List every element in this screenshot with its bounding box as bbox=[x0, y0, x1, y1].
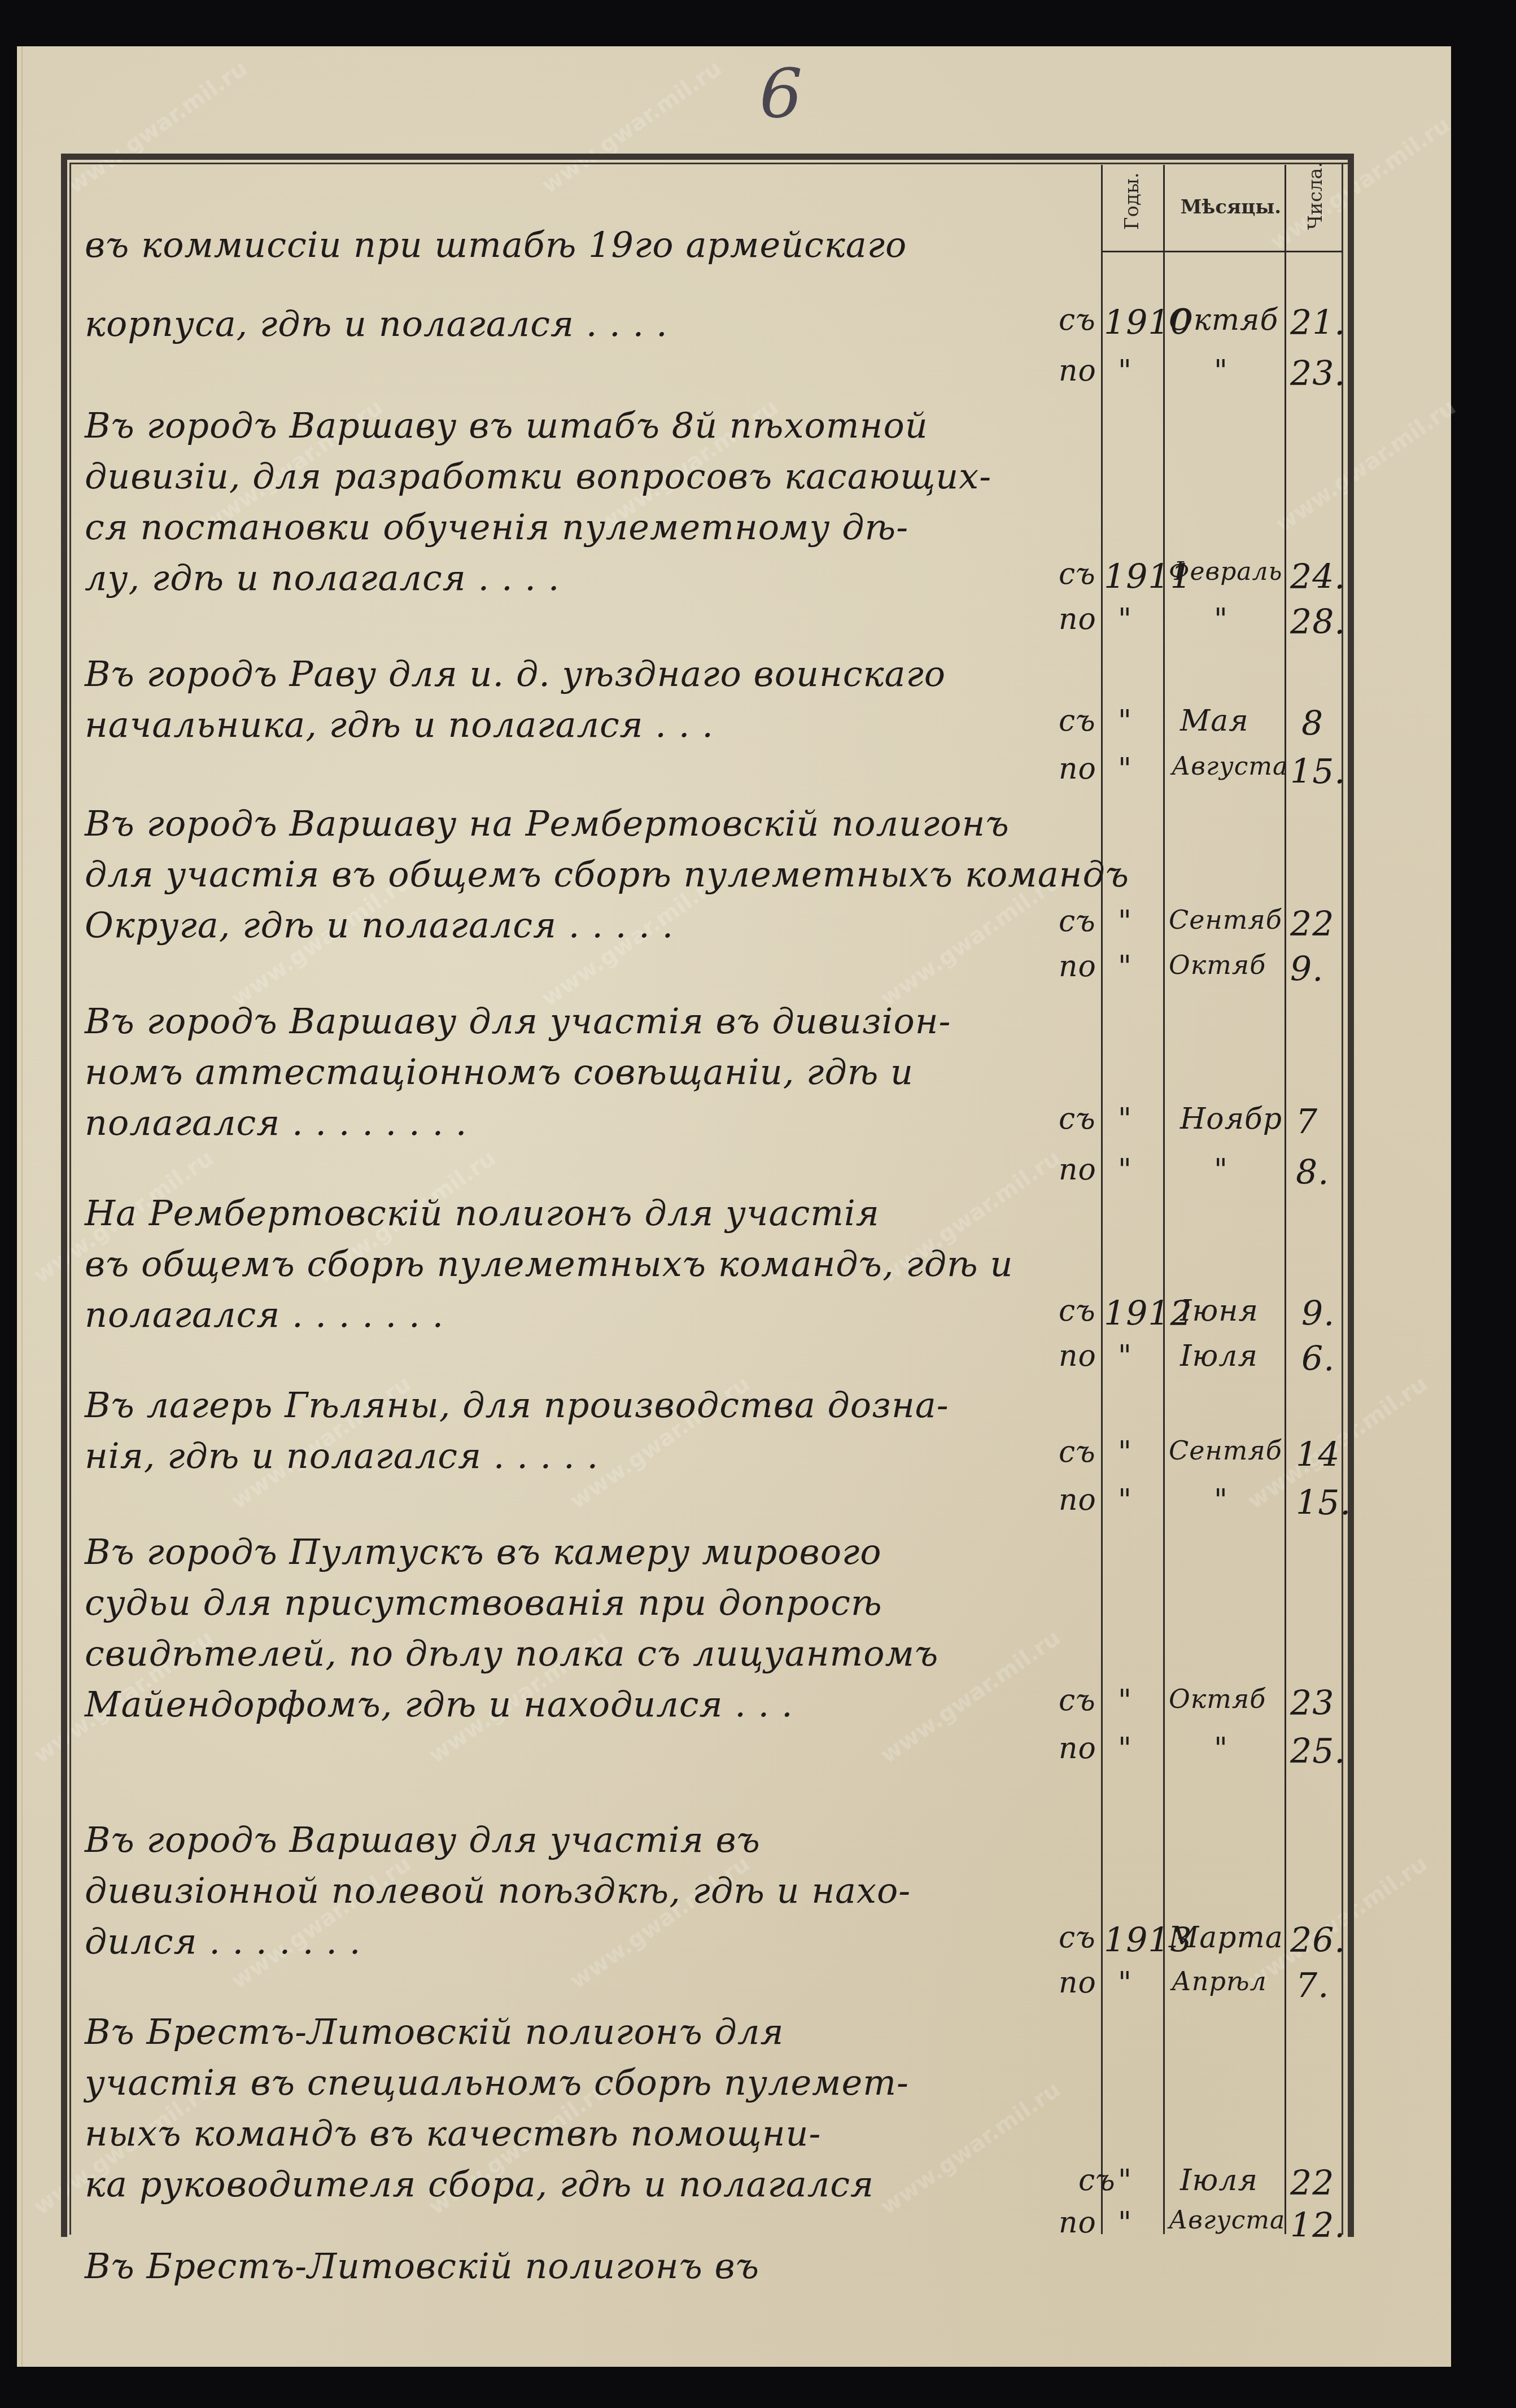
from-month: Іюня bbox=[1180, 1294, 1259, 1328]
to-label: по bbox=[1059, 1339, 1096, 1373]
entry-text-line: На Рембертовскій полигонъ для участія bbox=[85, 1192, 880, 1234]
entry-text-line: Въ городъ Пултускъ въ камеру мирового bbox=[85, 1531, 882, 1572]
page-number: 6 bbox=[759, 60, 802, 128]
entry-text-line: дился . . . . . . . bbox=[85, 1921, 361, 1962]
entry-text-line: Въ городъ Раву для и. д. уѣзднаго воинск… bbox=[85, 653, 946, 694]
to-year: " bbox=[1118, 1153, 1132, 1187]
to-day: 6. bbox=[1301, 1339, 1335, 1379]
header-row-divider bbox=[1101, 251, 1343, 252]
to-day: 15. bbox=[1296, 1483, 1351, 1523]
from-year: " bbox=[1118, 904, 1132, 938]
from-year: 1912 bbox=[1104, 1294, 1192, 1334]
entry-text-line: нія, гдѣ и полагался . . . . . bbox=[85, 1435, 598, 1476]
to-year: " bbox=[1118, 752, 1132, 786]
from-year: " bbox=[1118, 2164, 1132, 2197]
from-day: 21. bbox=[1290, 303, 1345, 343]
entry-text-line: для участія въ общемъ сборѣ пулеметныхъ … bbox=[85, 854, 1129, 895]
from-day: 22 bbox=[1290, 2164, 1334, 2203]
to-year: " bbox=[1118, 1966, 1132, 2000]
to-year: " bbox=[1118, 1339, 1132, 1373]
to-day: 23. bbox=[1290, 354, 1345, 394]
from-label: съ bbox=[1059, 1294, 1096, 1328]
to-label: по bbox=[1059, 1153, 1096, 1187]
to-label: по bbox=[1059, 354, 1096, 388]
to-month: Октяб bbox=[1169, 950, 1266, 980]
entry-text-line: Въ городъ Варшаву для участія въ дивизіо… bbox=[85, 1000, 951, 1042]
to-month: Апрѣл bbox=[1172, 1966, 1267, 1996]
from-year: " bbox=[1118, 1102, 1132, 1136]
entry-text-line: Въ городъ Варшаву въ штабъ 8й пѣхотной bbox=[85, 405, 928, 446]
to-month: " bbox=[1214, 1153, 1228, 1187]
watermark: www.gwar.mil.ru bbox=[1265, 112, 1455, 255]
to-year: " bbox=[1118, 950, 1132, 984]
to-year: " bbox=[1118, 354, 1132, 388]
entry-text-line: Въ городъ Варшаву на Рембертовскій полиг… bbox=[85, 803, 1010, 844]
entry-text-line: ка руководителя сбора, гдѣ и полагался bbox=[85, 2164, 874, 2205]
from-day: 24. bbox=[1290, 557, 1345, 597]
from-label: съ bbox=[1078, 2164, 1116, 2197]
entry-text-line: корпуса, гдѣ и полагался . . . . bbox=[85, 303, 668, 344]
to-month: Августа bbox=[1172, 752, 1288, 781]
table-border-left bbox=[61, 154, 67, 2237]
table-border-left-inner bbox=[69, 163, 71, 2235]
to-label: по bbox=[1059, 1966, 1096, 2000]
years-column-divider bbox=[1101, 165, 1103, 2234]
to-label: по bbox=[1059, 950, 1096, 984]
from-month: Іюля bbox=[1180, 2164, 1258, 2197]
entry-text-line: свидѣтелей, по дѣлу полка съ лицуантомъ bbox=[85, 1633, 938, 1674]
from-month: Октяб bbox=[1169, 303, 1278, 337]
table-border-top-inner bbox=[69, 163, 1348, 164]
entry-text-line: Въ Брестъ-Литовскій полигонъ для bbox=[85, 2011, 784, 2052]
years-column-header: Годы. bbox=[1121, 179, 1143, 230]
from-month: Мая bbox=[1180, 704, 1249, 738]
entry-text-line: лу, гдѣ и полагался . . . . bbox=[85, 557, 560, 598]
to-month: " bbox=[1214, 1483, 1228, 1517]
days-column-header: Числа. bbox=[1304, 173, 1327, 230]
from-day: 23 bbox=[1290, 1684, 1334, 1723]
entry-text-line: судьи для присутствованія при допросѣ bbox=[85, 1582, 882, 1623]
from-label: съ bbox=[1059, 1921, 1096, 1955]
from-month: Сентяб bbox=[1169, 904, 1282, 935]
entry-text-line: Майендорфомъ, гдѣ и находился . . . bbox=[85, 1684, 793, 1725]
from-label: съ bbox=[1059, 1684, 1096, 1717]
from-day: 7 bbox=[1296, 1102, 1318, 1142]
days-column-divider bbox=[1285, 165, 1286, 2234]
table-border-top bbox=[61, 154, 1354, 160]
from-month: Ноябр bbox=[1180, 1102, 1282, 1136]
entry-text-line: Округа, гдѣ и полагался . . . . . bbox=[85, 904, 674, 946]
to-month: " bbox=[1214, 1732, 1228, 1765]
to-month: Іюля bbox=[1180, 1339, 1258, 1373]
entry-text-line: ся постановки обученія пулеметному дѣ- bbox=[85, 506, 908, 548]
entry-text-line: участія въ специальномъ сборѣ пулемет- bbox=[85, 2062, 909, 2103]
from-label: съ bbox=[1059, 1102, 1096, 1136]
from-label: съ bbox=[1059, 303, 1096, 337]
to-label: по bbox=[1059, 602, 1096, 636]
entry-text-line: Въ городъ Варшаву для участія въ bbox=[85, 1819, 761, 1860]
entry-text-line: дивизіи, для разработки вопросовъ касающ… bbox=[85, 456, 991, 497]
entry-text-line: полагался . . . . . . . bbox=[85, 1294, 444, 1335]
from-year: " bbox=[1118, 1684, 1132, 1717]
document-page: 6 www.gwar.mil.ru www.gwar.mil.ru www.gw… bbox=[17, 46, 1451, 2367]
watermark: www.gwar.mil.ru bbox=[63, 55, 252, 199]
to-year: " bbox=[1118, 1483, 1132, 1517]
from-month: Февраль bbox=[1169, 557, 1283, 586]
entry-text-line: Въ Брестъ-Литовскій полигонъ въ bbox=[85, 2245, 759, 2287]
entry-text-line: дивизіонной полевой поѣздкѣ, гдѣ и нахо- bbox=[85, 1870, 911, 1911]
entry-text-line: Въ лагерь Гѣляны, для производства дозна… bbox=[85, 1384, 949, 1426]
to-day: 28. bbox=[1290, 602, 1345, 642]
from-label: съ bbox=[1059, 1435, 1096, 1469]
to-month: " bbox=[1214, 602, 1228, 636]
to-day: 7. bbox=[1296, 1966, 1329, 2005]
to-day: 12. bbox=[1290, 2206, 1345, 2245]
from-month: Октяб bbox=[1169, 1684, 1266, 1714]
from-year: " bbox=[1118, 1435, 1132, 1469]
from-month: Марта bbox=[1169, 1921, 1283, 1955]
entry-text-line: въ коммиссіи при штабѣ 19го армейскаго bbox=[85, 224, 907, 265]
to-label: по bbox=[1059, 1483, 1096, 1517]
to-day: 9. bbox=[1290, 950, 1323, 989]
to-year: " bbox=[1118, 1732, 1132, 1765]
months-column-header: Мѣсяцы. bbox=[1180, 196, 1282, 218]
to-label: по bbox=[1059, 752, 1096, 786]
from-day: 26. bbox=[1290, 1921, 1345, 1960]
entry-text-line: номъ аттестаціонномъ совѣщаніи, гдѣ и bbox=[85, 1051, 914, 1092]
from-label: съ bbox=[1059, 557, 1096, 591]
from-day: 9. bbox=[1301, 1294, 1335, 1334]
to-day: 15. bbox=[1290, 752, 1345, 792]
table-border-right bbox=[1348, 154, 1354, 2237]
watermark: www.gwar.mil.ru bbox=[1271, 394, 1461, 537]
from-day: 14 bbox=[1296, 1435, 1340, 1475]
from-day: 22 bbox=[1290, 904, 1334, 944]
to-label: по bbox=[1059, 1732, 1096, 1765]
entry-text-line: начальника, гдѣ и полагался . . . bbox=[85, 704, 714, 745]
from-year: " bbox=[1118, 704, 1132, 738]
from-label: съ bbox=[1059, 704, 1096, 738]
to-month: Августа bbox=[1169, 2206, 1285, 2235]
watermark: www.gwar.mil.ru bbox=[537, 55, 727, 199]
to-year: " bbox=[1118, 2206, 1132, 2240]
entry-text-line: полагался . . . . . . . . bbox=[85, 1102, 468, 1143]
to-label: по bbox=[1059, 2206, 1096, 2240]
entry-text-line: ныхъ командъ въ качествѣ помощни- bbox=[85, 2113, 821, 2154]
from-day: 8 bbox=[1301, 704, 1323, 744]
to-month: " bbox=[1214, 354, 1228, 388]
to-day: 8. bbox=[1296, 1153, 1329, 1192]
to-day: 25. bbox=[1290, 1732, 1345, 1771]
from-month: Сентяб bbox=[1169, 1435, 1282, 1466]
from-label: съ bbox=[1059, 904, 1096, 938]
entry-text-line: въ общемъ сборѣ пулеметныхъ командъ, гдѣ… bbox=[85, 1243, 1013, 1284]
page-fold-line bbox=[21, 46, 23, 2367]
to-year: " bbox=[1118, 602, 1132, 636]
